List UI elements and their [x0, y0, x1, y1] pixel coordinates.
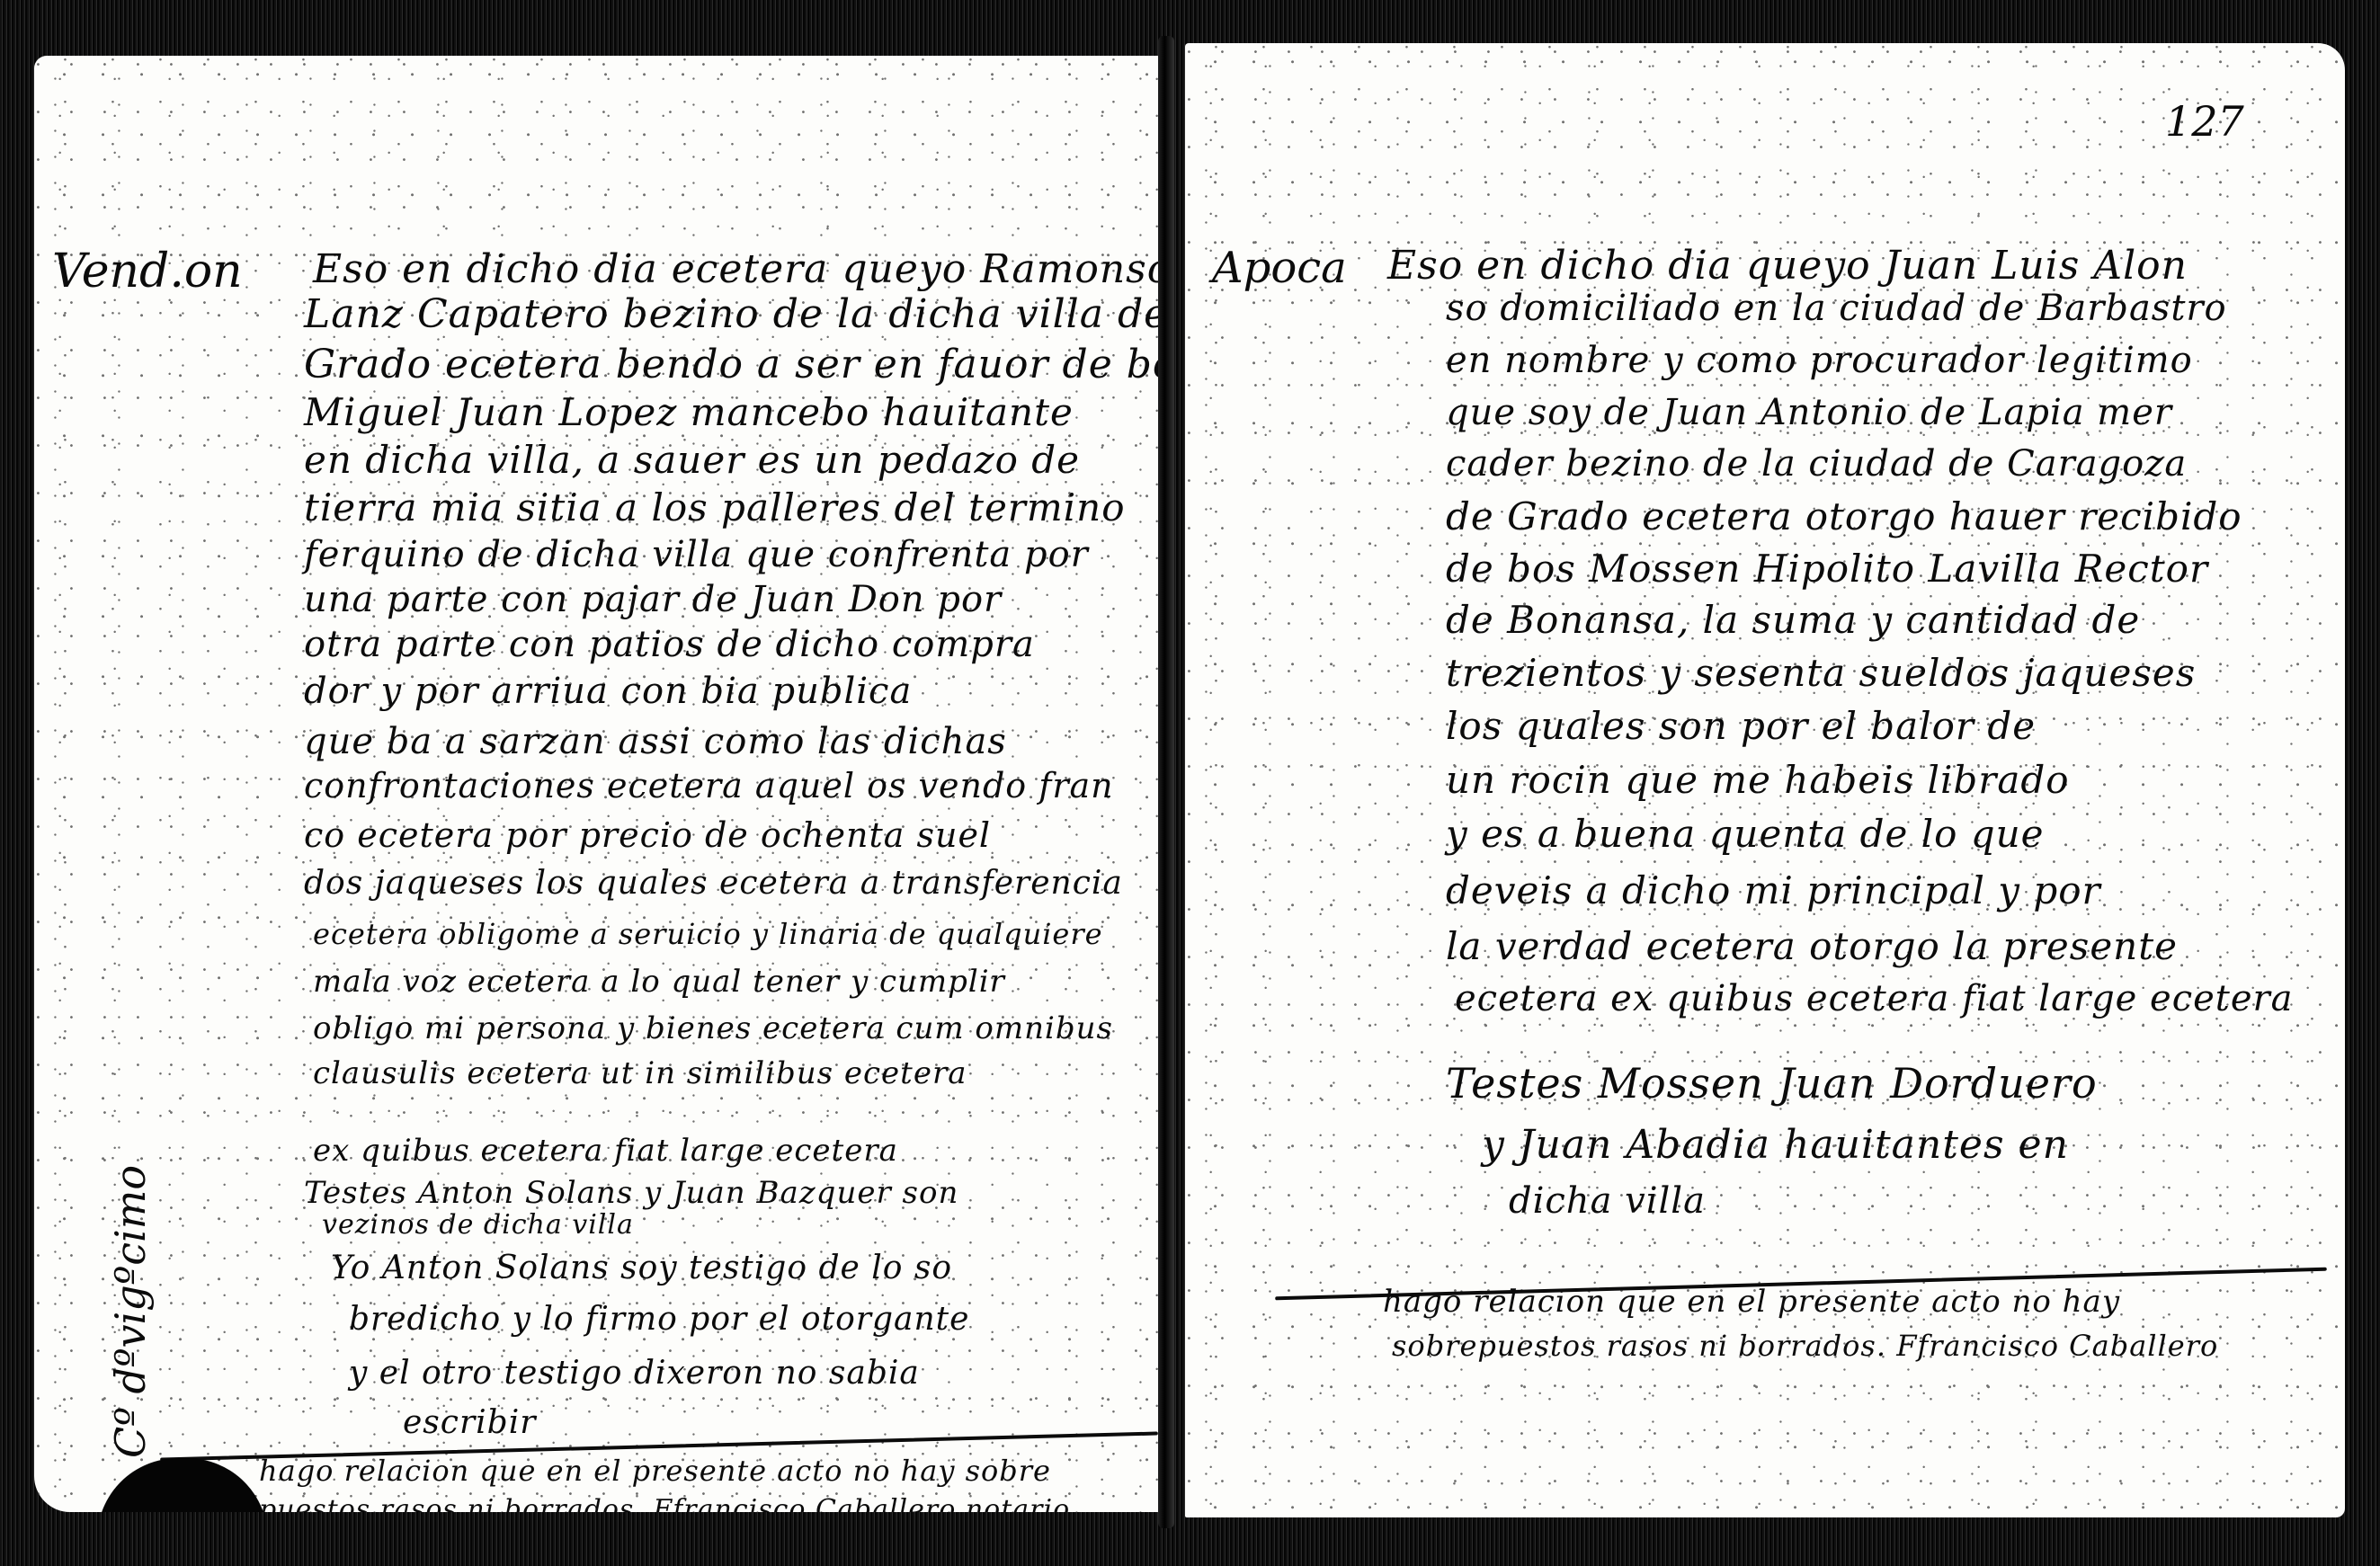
text-line: y Juan Abadia hauitantes en	[1482, 1122, 2069, 1168]
text-line: dos jaqueses los quales ecetera a transf…	[304, 865, 1123, 902]
text-line: y es a buena quenta de lo que	[1446, 812, 2045, 856]
text-line: dor y por arriua con bia publica	[304, 671, 912, 712]
text-line: que ba a sarzan assi como las dichas	[304, 721, 1007, 762]
text-line: ecetera obligome a seruicio y linaria de…	[313, 917, 1103, 951]
text-line: obligo mi persona y bienes ecetera cum o…	[313, 1010, 1113, 1046]
notarial-line: puestos rasos ni borrados. Ffrancisco Ca…	[259, 1494, 1070, 1512]
text-line: ecetera ex quibus ecetera fiat large ece…	[1455, 978, 2294, 1019]
text-line: un rocin que me habeis librado	[1446, 758, 2070, 802]
text-line: so domiciliado en la ciudad de Barbastro	[1446, 288, 2227, 329]
margin-note-apoca: Apoca	[1212, 243, 1347, 293]
margin-note-vendicion: Vend.on	[52, 245, 243, 298]
folio-number: 127	[2165, 97, 2244, 146]
text-line: Eso en dicho dia queyo Juan Luis Alon	[1387, 243, 2188, 289]
text-line: Yo Anton Solans soy testigo de lo so	[331, 1250, 952, 1286]
text-line: Grado ecetera bendo a ser en fauor de bo…	[304, 342, 1163, 387]
text-line: en nombre y como procurador legitimo	[1446, 340, 2193, 381]
text-line: vezinos de dicha villa	[322, 1209, 634, 1241]
text-line: escribir	[403, 1404, 536, 1441]
text-line: co ecetera por precio de ochenta suel	[304, 815, 991, 855]
text-line: Miguel Juan Lopez mancebo hauitante	[304, 390, 1074, 434]
text-line: ferquino de dicha villa que confrenta po…	[304, 534, 1089, 575]
text-line: Eso en dicho dia ecetera queyo Ramonso	[313, 246, 1163, 292]
text-line: mala voz ecetera a lo qual tener y cumpl…	[313, 964, 1005, 1000]
notarial-line: hago relacion que en el presente acto no…	[259, 1454, 1051, 1488]
text-line: otra parte con patios de dicho compra	[304, 624, 1035, 665]
text-line: de Bonansa, la suma y cantidad de	[1446, 598, 2140, 642]
text-line: trezientos y sesenta sueldos jaqueses	[1446, 651, 2196, 695]
text-line: cader bezino de la ciudad de Caragoza	[1446, 443, 2187, 485]
book-spine	[1158, 36, 1174, 1528]
text-line: Testes Anton Solans y Juan Bazquer son	[304, 1175, 958, 1211]
right-page: 127 Apoca Eso en dicho dia queyo Juan Lu…	[1185, 43, 2345, 1517]
text-line: ex quibus ecetera fiat large ecetera	[313, 1133, 898, 1169]
text-line: en dicha villa, a sauer es un pedazo de	[304, 438, 1080, 482]
text-line: deveis a dicho mi principal y por	[1446, 868, 2101, 912]
notarial-line: hago relacion que en el presente acto no…	[1383, 1284, 2120, 1320]
text-line: confrontaciones ecetera aquel os vendo f…	[304, 766, 1114, 805]
text-line: que soy de Juan Antonio de Lapia mer	[1446, 392, 2172, 433]
text-line: clausulis ecetera ut in similibus eceter…	[313, 1055, 967, 1091]
text-line: una parte con pajar de Juan Don por	[304, 579, 1002, 620]
text-line: de Grado ecetera otorgo hauer recibido	[1446, 494, 2242, 538]
text-line: y el otro testigo dixeron no sabia	[349, 1355, 920, 1392]
text-line: la verdad ecetera otorgo la presente	[1446, 924, 2178, 968]
text-line: Testes Mossen Juan Dorduero	[1446, 1059, 2098, 1108]
text-line: bredicho y lo firmo por el otorgante	[349, 1301, 969, 1338]
ink-blot	[97, 1458, 268, 1512]
text-line: los quales son por el balor de	[1446, 704, 2036, 748]
text-line: Lanz Capatero bezino de la dicha villa d…	[304, 291, 1163, 337]
notarial-line: sobrepuestos rasos ni borrados. Ffrancis…	[1392, 1329, 2218, 1363]
text-line: dicha villa	[1509, 1180, 1706, 1222]
vertical-margin-note: Cº dºvigºcimo	[106, 1165, 155, 1458]
left-page: Vend.on Cº dºvigºcimo Eso en dicho dia e…	[34, 56, 1163, 1512]
text-line: tierra mia sitia a los palleres del term…	[304, 485, 1125, 529]
text-line: de bos Mossen Hipolito Lavilla Rector	[1446, 547, 2208, 591]
